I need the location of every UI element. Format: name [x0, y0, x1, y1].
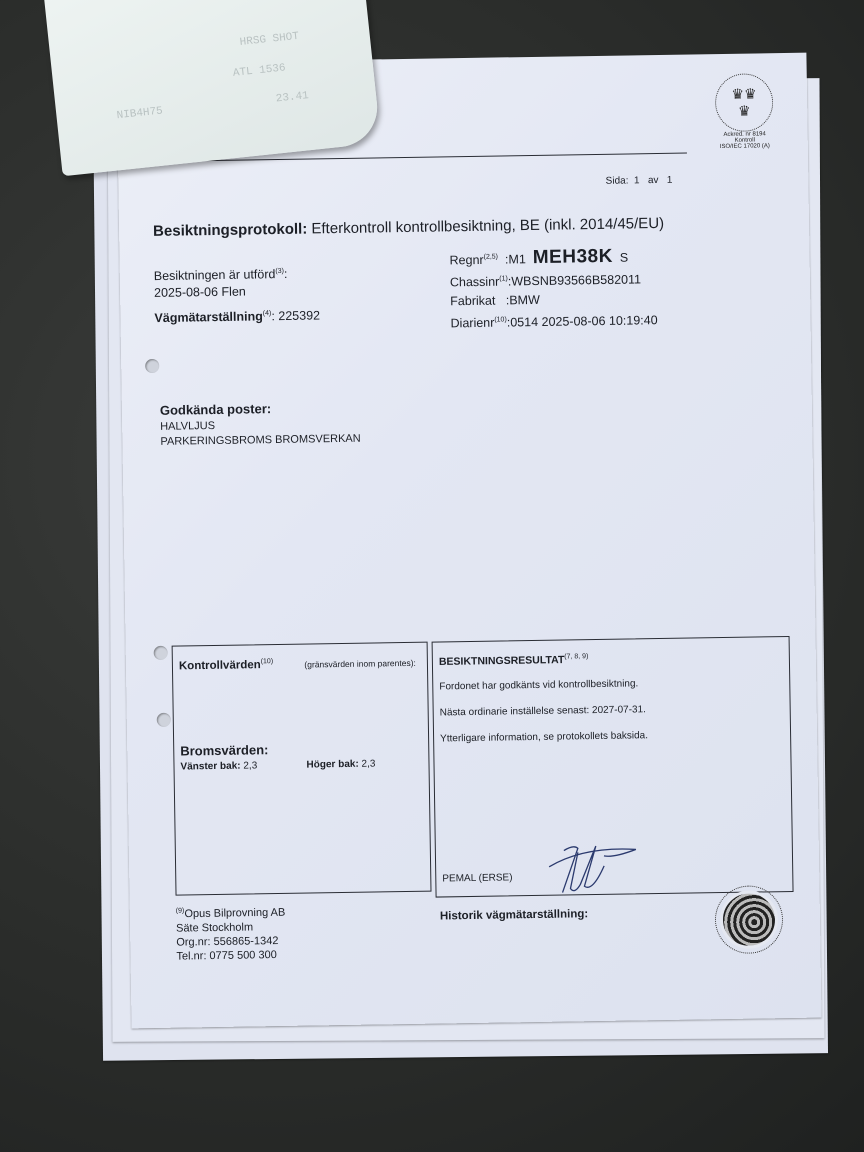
signature-icon: [544, 835, 645, 897]
result-next-inspection: Nästa ordinarie inställelse senast: 2027…: [440, 701, 646, 721]
accreditation-standard: ISO/IEC 17020 (A): [710, 143, 780, 150]
page-title: Besiktningsprotokoll: Efterkontroll kont…: [153, 215, 664, 240]
company-info: (9)Opus Bilprovning AB Säte Stockholm Or…: [176, 903, 286, 963]
odometer-history-heading: Historik vägmätarställning:: [440, 906, 589, 925]
three-crowns-icon: ♛♛♛: [715, 73, 774, 132]
approved-item: PARKERINGSBROMS BROMSVERKAN: [160, 432, 360, 450]
result-line: Fordonet har godkänts vid kontrollbesikt…: [439, 675, 638, 695]
inspection-protocol-sheet: ♛♛♛ Ackred. nr 8194 Kontroll ISO/IEC 170…: [116, 53, 821, 1029]
result-line: Ytterligare information, se protokollets…: [440, 727, 648, 747]
odometer-reading: Vägmätarställning(4): 225392: [154, 304, 320, 327]
approved-items: Godkända poster: HALVLJUS PARKERINGSBROM…: [160, 400, 361, 450]
control-values-heading: Kontrollvärden(10) (gränsvärden inom par…: [179, 651, 416, 676]
swedac-accreditation-logo: ♛♛♛ Ackred. nr 8194 Kontroll ISO/IEC 170…: [709, 73, 780, 150]
regnr-row: Regnr(2,5) :M1 MEH38K S: [449, 245, 656, 270]
brake-left-rear: Vänster bak: 2,3: [180, 757, 257, 775]
control-values-box: Kontrollvärden(10) (gränsvärden inom par…: [172, 642, 432, 896]
punch-hole: [154, 646, 168, 660]
punch-hole: [145, 359, 159, 373]
chassis-row: Chassinr(1):WBSNB93566B582011: [450, 267, 657, 292]
result-heading: BESIKTNINGSRESULTAT(7, 8, 9): [439, 648, 589, 671]
punch-hole: [157, 713, 171, 727]
approved-heading: Godkända poster:: [160, 400, 360, 418]
brake-right-rear: Höger bak: 2,3: [306, 755, 375, 773]
diary-row: Diarienr(10):0514 2025-08-06 10:19:40: [450, 308, 657, 333]
inspector-name: PEMAL (ERSE): [442, 869, 512, 887]
inspection-performed: Besiktningen är utförd(3): 2025-08-06 Fl…: [154, 263, 288, 302]
vehicle-info: Regnr(2,5) :M1 MEH38K S Chassinr(1):WBSN…: [449, 245, 657, 334]
inspection-result-box: BESIKTNINGSRESULTAT(7, 8, 9) Fordonet ha…: [432, 636, 794, 898]
climate-compensation-badge-icon: [720, 890, 779, 949]
page-number: Sida: 1 av 1: [606, 175, 673, 187]
